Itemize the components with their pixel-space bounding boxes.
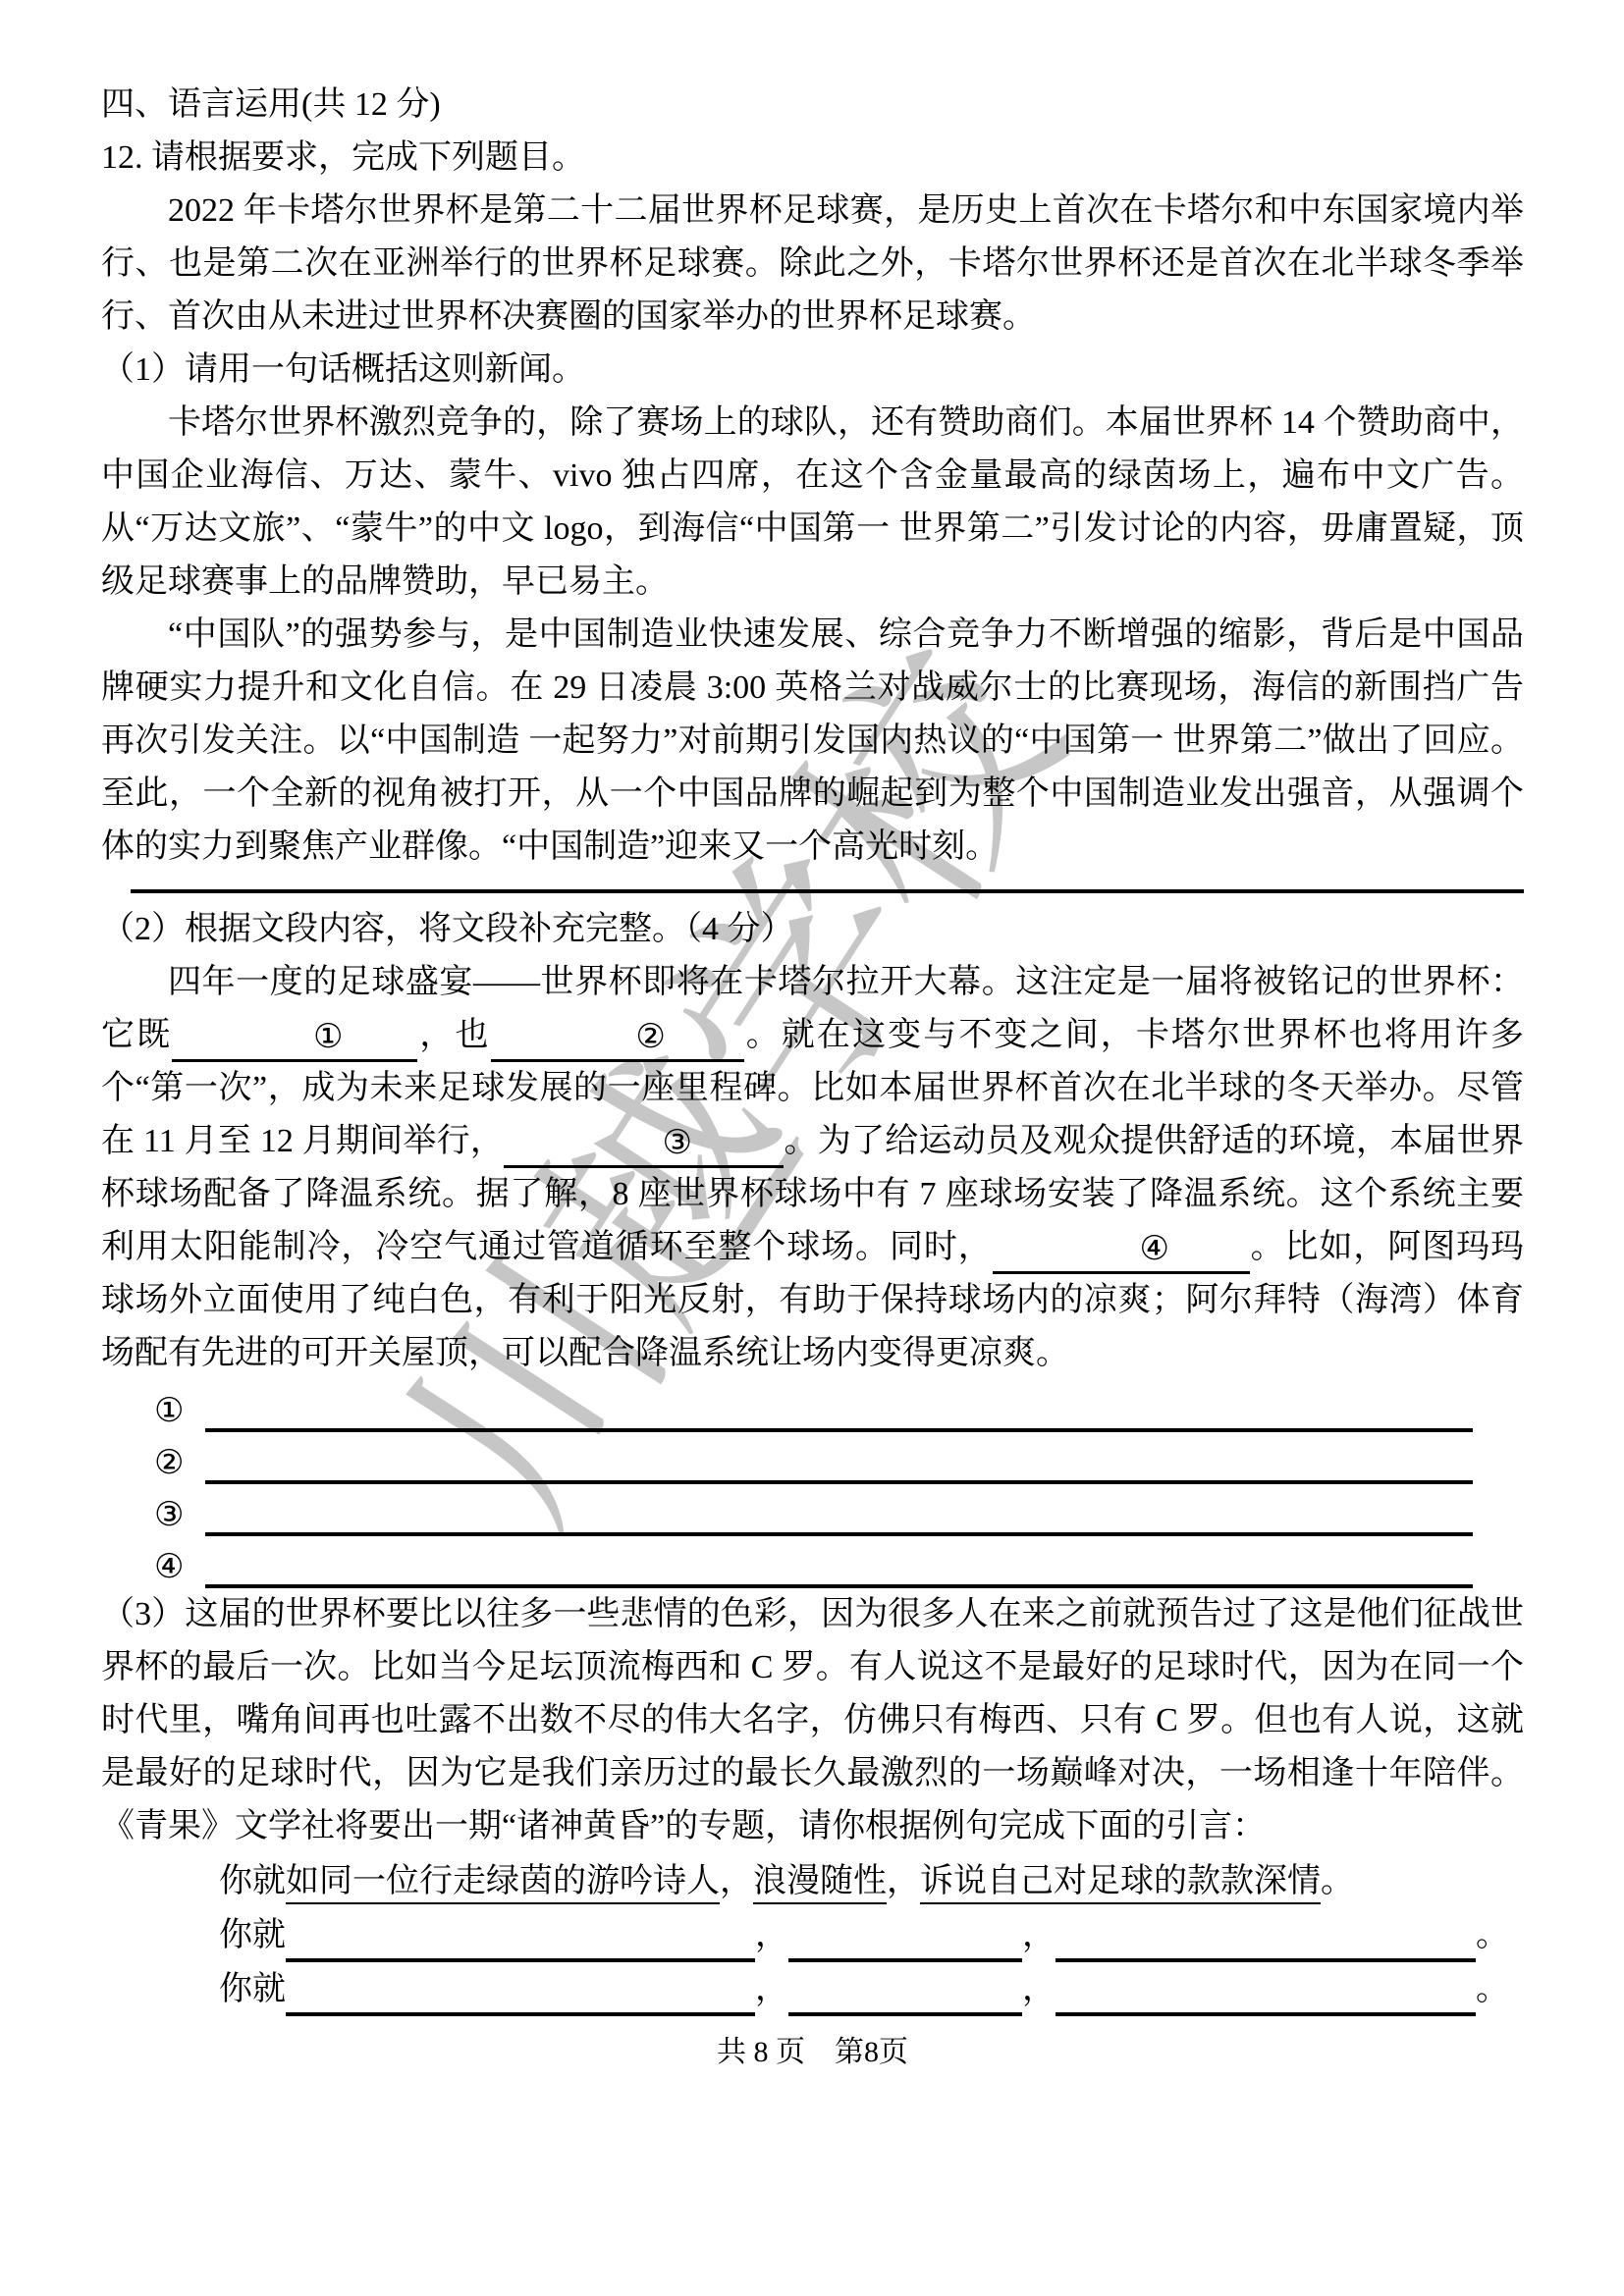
quote-fill-row-2: 你就，，。 [101, 1962, 1524, 2016]
q2-text-2: ，也 [417, 1017, 490, 1053]
answer-blank-line-1 [205, 1383, 1473, 1432]
question-2-heading: （2）根据文段内容，将文段补充完整。（4 分） [101, 903, 1524, 956]
fill-blank-2c [1056, 1965, 1476, 2016]
answer-number-3: ③ [154, 1495, 184, 1536]
question-1-heading: （1）请用一句话概括这则新闻。 [101, 344, 1524, 397]
answer-number-1: ① [154, 1391, 184, 1432]
fill-period-2: 。 [1476, 1971, 1509, 2007]
circled-number-2: ② [635, 1019, 665, 1055]
example-comma-1: ， [720, 1863, 753, 1899]
fill-comma-1a: ， [755, 1917, 788, 1953]
news-paragraph-1: 卡塔尔世界杯激烈竞争的，除了赛场上的球队，还有赞助商们。本届世界杯 14 个赞助… [101, 397, 1524, 609]
answer-number-2: ② [154, 1443, 184, 1484]
example-underlined-1: 如同一位行走绿茵的游吟诗人 [286, 1863, 720, 1904]
fill-blank-2b [788, 1965, 1022, 2016]
fill-prefix-1: 你就 [219, 1917, 286, 1953]
circled-number-4: ④ [1139, 1231, 1168, 1267]
inline-blank-4: ④ [993, 1228, 1250, 1274]
example-comma-2: ， [887, 1863, 920, 1899]
answer-number-4: ④ [154, 1547, 184, 1588]
example-sentence: 你就如同一位行走绿茵的游吟诗人，浪漫随性，诉说自己对足球的款款深情。 [101, 1855, 1524, 1908]
question-12-heading: 12. 请根据要求，完成下列题目。 [101, 132, 1524, 185]
example-period: 。 [1321, 1863, 1354, 1899]
fill-comma-2a: ， [755, 1971, 788, 2007]
question-2-paragraph: 四年一度的足球盛宴——世界杯即将在卡塔尔拉开大幕。这注定是一届将被铭记的世界杯：… [101, 956, 1524, 1380]
answer-row-4: ④ [101, 1536, 1524, 1588]
fill-comma-2b: ， [1022, 1971, 1056, 2007]
circled-number-1: ① [313, 1019, 343, 1055]
fill-blank-1a [286, 1911, 755, 1962]
fill-prefix-2: 你就 [219, 1971, 286, 2007]
news-paragraph-2: “中国队”的强势参与，是中国制造业快速发展、综合竞争力不断增强的缩影，背后是中国… [101, 609, 1524, 874]
answer-blank-line-3 [205, 1487, 1473, 1536]
fill-blank-1b [788, 1911, 1022, 1962]
answer-blank-line-4 [205, 1539, 1473, 1588]
circled-number-3: ③ [662, 1125, 691, 1161]
answer-row-1: ① [101, 1380, 1524, 1432]
answer-row-2: ② [101, 1432, 1524, 1484]
example-prefix: 你就 [219, 1863, 286, 1899]
section-divider [131, 889, 1524, 893]
question-3-paragraph: （3）这届的世界杯要比以往多一些悲情的色彩，因为很多人在来之前就预告过了这是他们… [101, 1588, 1524, 1853]
inline-blank-1: ① [172, 1016, 417, 1062]
page-content: 四、语言运用(共 12 分) 12. 请根据要求，完成下列题目。 2022 年卡… [101, 79, 1524, 2079]
quote-fill-row-1: 你就，，。 [101, 1908, 1524, 1962]
fill-comma-1b: ， [1022, 1917, 1056, 1953]
example-underlined-3: 诉说自己对足球的款款深情 [920, 1863, 1321, 1904]
page-footer: 共 8 页 第8页 [101, 2026, 1524, 2079]
intro-paragraph: 2022 年卡塔尔世界杯是第二十二届世界杯足球赛，是历史上首次在卡塔尔和中东国家… [101, 185, 1524, 344]
fill-blank-1c [1056, 1911, 1476, 1962]
example-underlined-2: 浪漫随性 [753, 1863, 887, 1904]
exam-page: 川越学校 四、语言运用(共 12 分) 12. 请根据要求，完成下列题目。 20… [0, 0, 1624, 2296]
answer-blank-line-2 [205, 1435, 1473, 1484]
fill-blank-2a [286, 1965, 755, 2016]
answer-row-3: ③ [101, 1484, 1524, 1536]
section-heading: 四、语言运用(共 12 分) [101, 79, 1524, 132]
fill-period-1: 。 [1476, 1917, 1509, 1953]
inline-blank-3: ③ [504, 1122, 784, 1168]
inline-blank-2: ② [491, 1016, 744, 1062]
